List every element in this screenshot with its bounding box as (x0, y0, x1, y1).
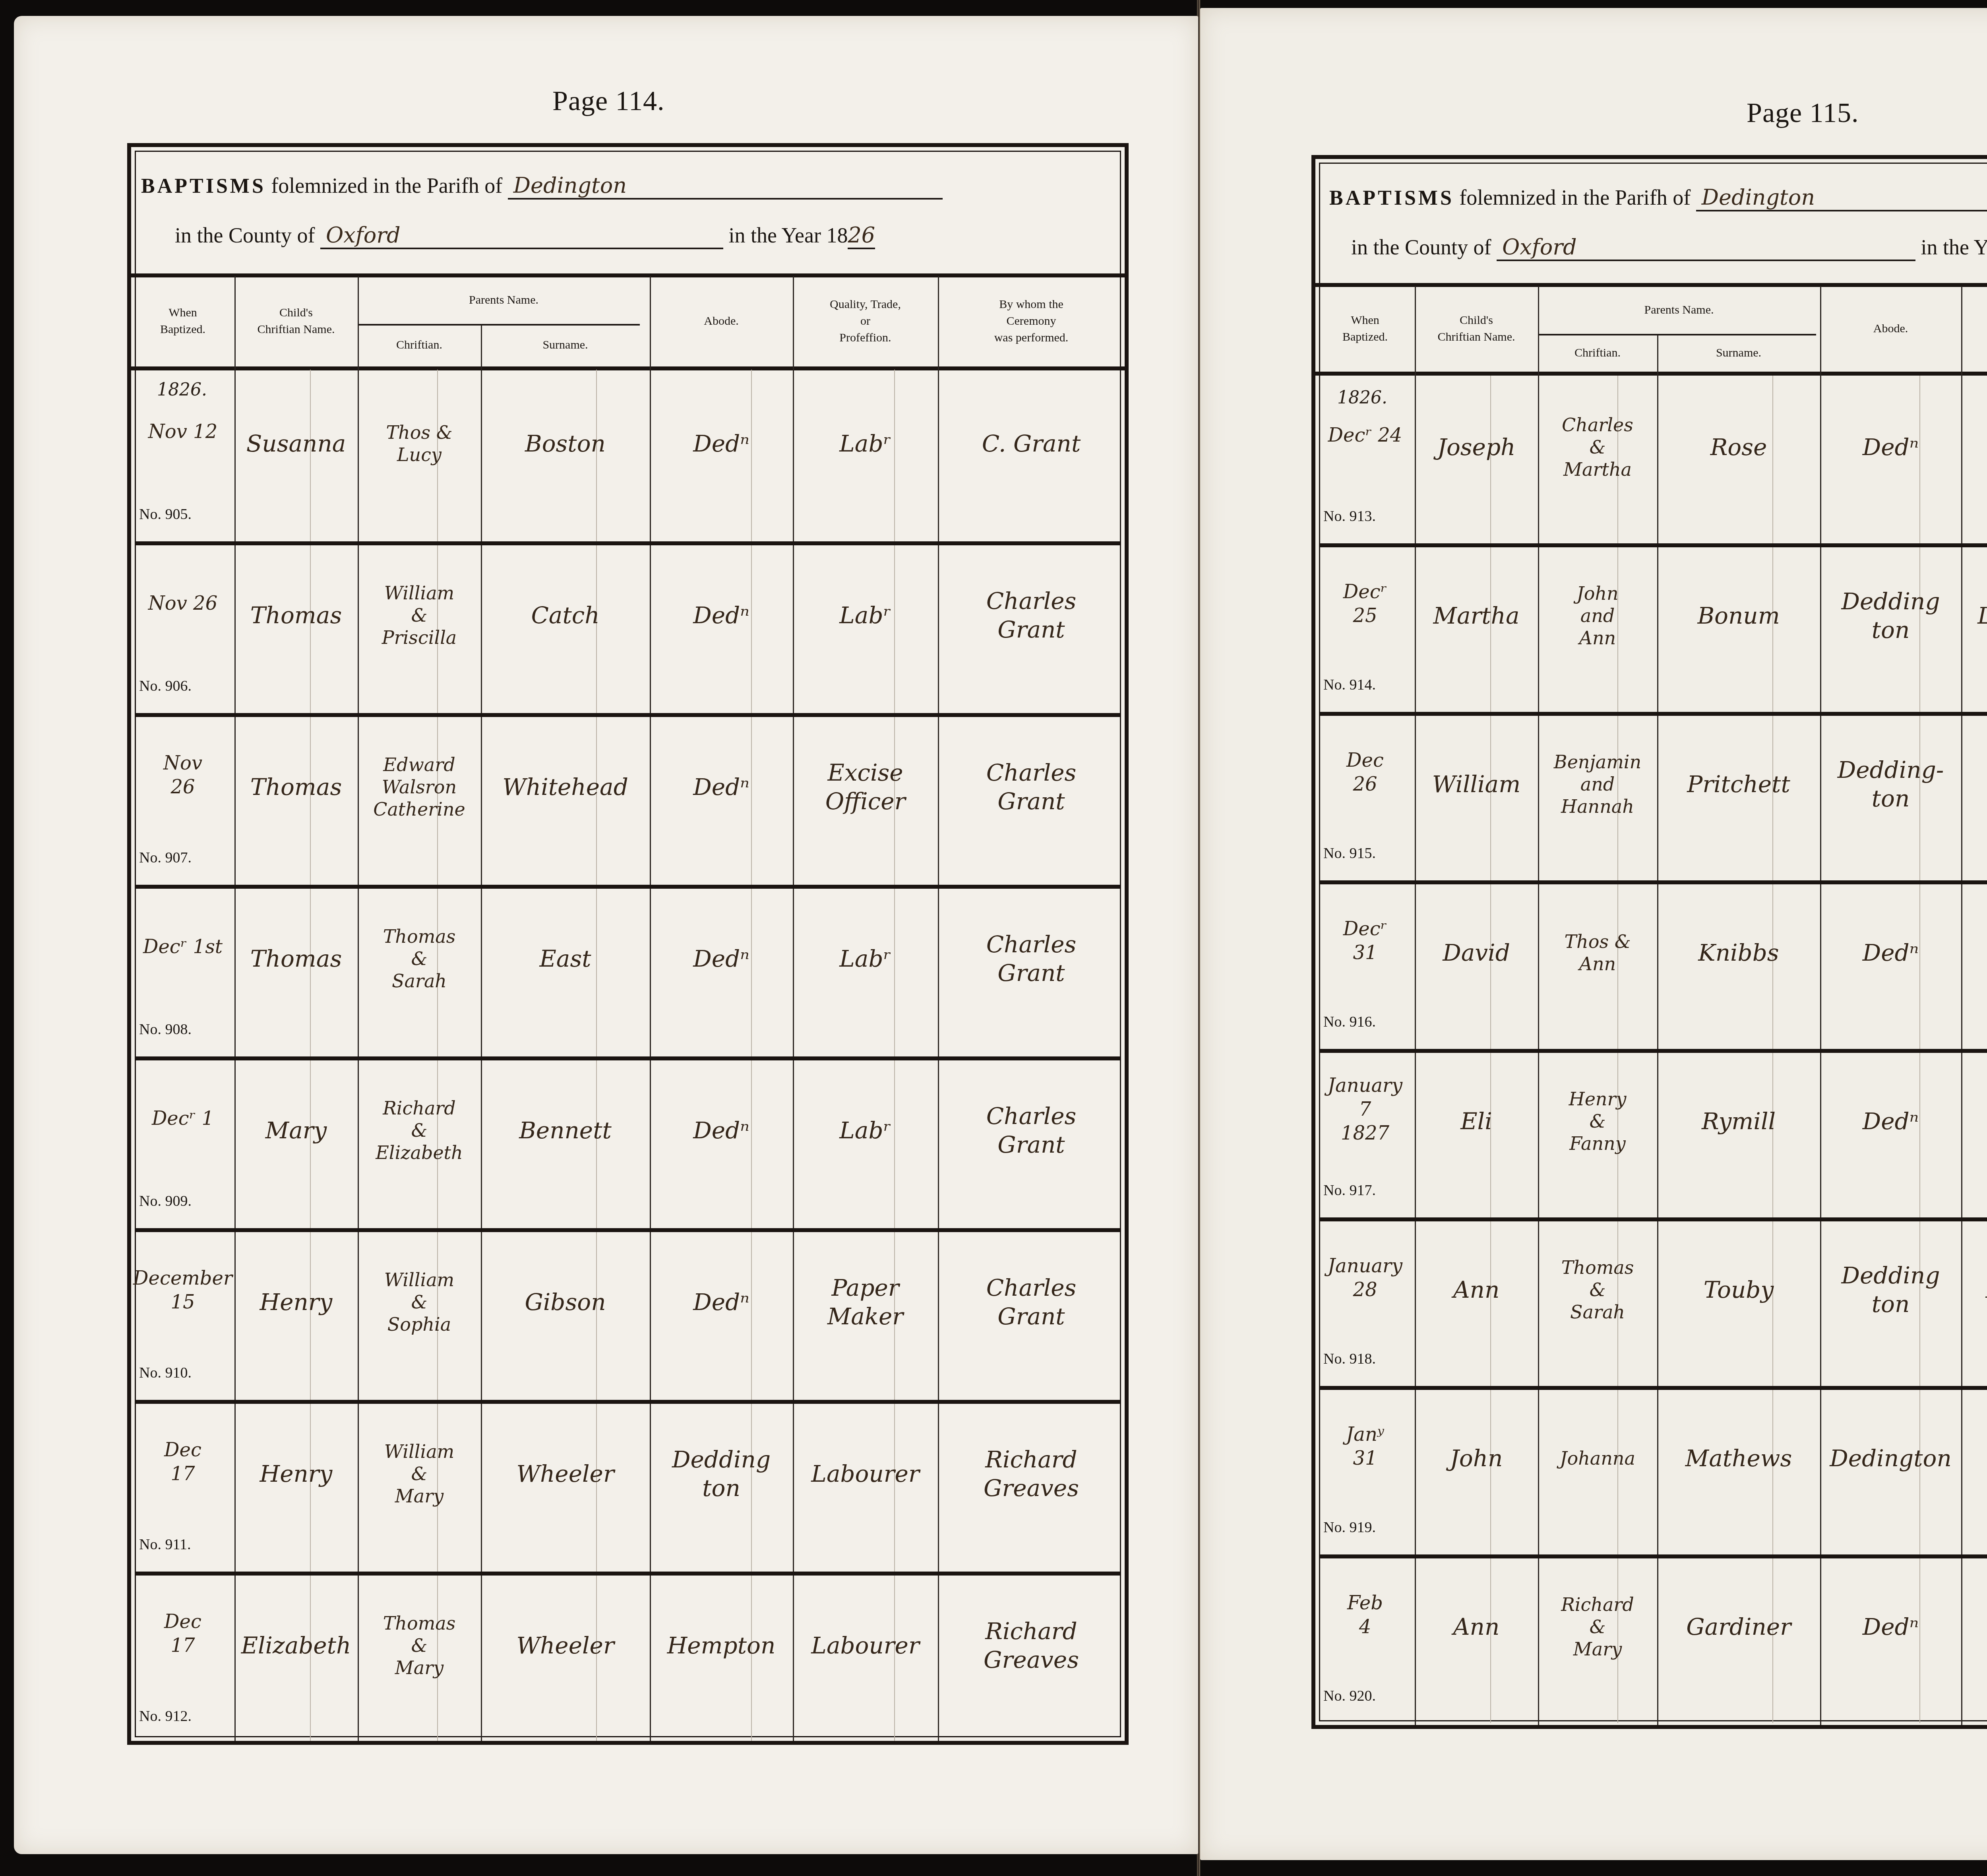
left-title-solemnized: folemnized in the Parifh of (271, 174, 502, 198)
entry-by-whom: Richard Greaves (940, 1406, 1122, 1542)
entry-abode: Dedⁿ (1822, 886, 1959, 1019)
entry-number: No. 908. (139, 1021, 192, 1038)
entry-child: Henry (237, 1234, 355, 1370)
entry-by-whom: C. Grant (940, 376, 1122, 512)
left-county-field: Oxford (320, 223, 723, 249)
right-parents-rule (1538, 334, 1816, 335)
entry-when: December 15 (134, 1222, 232, 1358)
entry-child: Thomas (237, 891, 355, 1027)
right-title-line-2: in the County of Oxford in the Year 1827 (1351, 234, 1987, 261)
entry-number: No. 918. (1323, 1350, 1376, 1368)
entry-when: Dec 17 (134, 1394, 232, 1530)
right-col-header-when: When Baptized. (1315, 287, 1415, 370)
entry-number: No. 913. (1323, 508, 1376, 525)
left-header-bottom-rule (131, 366, 1125, 370)
entry-abode: Dedⁿ (652, 376, 790, 512)
entry-number: No. 914. (1323, 676, 1376, 694)
row-separator (135, 713, 1121, 717)
entry-quality: Labʳ (1964, 381, 1987, 514)
row-separator (1319, 1386, 1987, 1390)
entry-abode: Hempton (652, 1578, 790, 1713)
entry-number: No. 910. (139, 1364, 192, 1382)
entry-christian: Johanna (1540, 1392, 1655, 1525)
left-county-label: in the County of (175, 223, 315, 247)
right-col-header-parents-christian: Chriftian. (1538, 336, 1657, 370)
row-separator (135, 1056, 1121, 1060)
right-title-solemnized: folemnized in the Parifh of (1459, 186, 1691, 209)
entry-abode: Dedding ton (1822, 1223, 1959, 1356)
entry-by-whom: Charles Grant (940, 547, 1122, 683)
left-col-header-by-whom: By whom the Ceremony was performed. (938, 278, 1125, 364)
left-header-top-rule (131, 273, 1125, 277)
entry-abode: Dedⁿ (652, 891, 790, 1027)
row-separator (135, 541, 1121, 545)
entry-abode: Dedⁿ (1822, 1560, 1959, 1693)
entry-quality: Labʳ (795, 376, 935, 512)
entry-abode: Dedⁿ (652, 719, 790, 855)
right-county-label: in the County of (1351, 235, 1491, 259)
entry-number: No. 906. (139, 677, 192, 695)
entry-when: January 7 1827 (1318, 1043, 1412, 1176)
left-col-header-quality: Quality, Trade, or Profeffion. (793, 278, 938, 364)
entry-christian: Benjamin and Hannah (1540, 718, 1655, 851)
entry-surname: Bonum (1660, 549, 1818, 682)
entry-number: No. 912. (139, 1707, 192, 1725)
entry-when: Decʳ 1st (134, 879, 232, 1015)
entry-quality: Labʳ (795, 891, 935, 1027)
left-title-line-2: in the County of Oxford in the Year 1826 (175, 223, 875, 249)
entry-when: Feb 4 (1318, 1548, 1412, 1681)
entry-when: Nov 26 (134, 535, 232, 671)
entry-when: Decʳ 1 (134, 1050, 232, 1186)
entry-number: No. 905. (139, 506, 192, 523)
entry-number: No. 920. (1323, 1687, 1376, 1705)
entry-surname: Wheeler (483, 1406, 647, 1542)
entry-surname: Touby (1660, 1223, 1818, 1356)
left-col-divider (793, 276, 794, 1741)
entry-child: Ann (1417, 1223, 1536, 1356)
entry-surname: Gardiner (1660, 1560, 1818, 1693)
entry-christian: William & Mary (360, 1406, 478, 1542)
entry-abode: Dedⁿ (652, 547, 790, 683)
left-title-line-1: BAPTISMS folemnized in the Parifh of Ded… (141, 173, 943, 200)
row-separator (1319, 1049, 1987, 1053)
entry-child: Martha (1417, 549, 1536, 682)
left-col-divider (358, 276, 359, 1741)
entry-by-whom: Charles Grant (940, 719, 1122, 855)
left-col-header-parents-surname: Surname. (481, 326, 650, 364)
entry-child: Henry (237, 1406, 355, 1542)
entry-christian: Thos & Ann (1540, 886, 1655, 1019)
entry-quality: Weaver (1964, 886, 1987, 1019)
entry-when: Nov 26 (134, 707, 232, 843)
entry-surname: East (483, 891, 647, 1027)
right-col-header-parents: Parents Name. (1538, 287, 1820, 333)
entry-abode: Dedⁿ (652, 1234, 790, 1370)
entry-abode: Dedⁿ (1822, 381, 1959, 514)
entry-surname: Rose (1660, 381, 1818, 514)
row-separator (135, 885, 1121, 889)
entry-quality: Hawker (1964, 1223, 1987, 1356)
entry-by-whom: Richard Greaves (940, 1578, 1122, 1713)
entry-child: Ann (1417, 1560, 1536, 1693)
entry-quality: Excise Officer (795, 719, 935, 855)
entry-abode: Dedⁿ (652, 1062, 790, 1198)
entry-abode: Dedⁿ (1822, 1055, 1959, 1188)
right-col-header-parents-surname: Surname. (1657, 336, 1820, 370)
entry-christian: Thomas & Mary (360, 1578, 478, 1713)
entry-child: Joseph (1417, 381, 1536, 514)
entry-christian: John and Ann (1540, 549, 1655, 682)
entry-surname: Bennett (483, 1062, 647, 1198)
entry-quality: Labʳ (795, 1062, 935, 1198)
right-year-label: in the Year 18 (1921, 235, 1987, 259)
right-title-line-1: BAPTISMS folemnized in the Parifh of Ded… (1329, 185, 1987, 211)
row-separator (1319, 880, 1987, 884)
right-col-divider (1415, 286, 1416, 1725)
left-year-field: 26 (848, 223, 875, 249)
entry-surname: Catch (483, 547, 647, 683)
entry-quality: Labourer (795, 1578, 935, 1713)
right-col-header-abode: Abode. (1820, 287, 1961, 370)
entry-christian: Richard & Elizabeth (360, 1062, 478, 1198)
entry-number: No. 909. (139, 1192, 192, 1210)
entry-surname: Knibbs (1660, 886, 1818, 1019)
entry-christian: William & Priscilla (360, 547, 478, 683)
entry-quality: Labʳ (1964, 1560, 1987, 1693)
row-separator (1319, 1217, 1987, 1221)
left-col-divider (234, 276, 236, 1741)
entry-number: No. 915. (1323, 845, 1376, 862)
entry-child: Elizabeth (237, 1578, 355, 1713)
entry-surname: Wheeler (483, 1578, 647, 1713)
row-separator (135, 1572, 1121, 1576)
entry-child: Mary (237, 1062, 355, 1198)
row-separator (135, 1400, 1121, 1404)
entry-by-whom: Charles Grant (940, 1234, 1122, 1370)
entry-surname: Mathews (1660, 1392, 1818, 1525)
right-col-header-quality: Quality, Trade, or Profeffion. (1961, 287, 1987, 370)
entry-when: January 28 (1318, 1211, 1412, 1344)
entry-when: Nov 12 (134, 364, 232, 500)
left-col-header-parents-christian: Chriftian. (358, 326, 481, 364)
right-col-header-child: Child's Chriftian Name. (1415, 287, 1538, 370)
entry-when: Decʳ 24 (1318, 369, 1412, 502)
entry-by-whom: Charles Grant (940, 1062, 1122, 1198)
entry-child: William (1417, 718, 1536, 851)
entry-abode: Dedington (1822, 1392, 1959, 1525)
entry-surname: Gibson (483, 1234, 647, 1370)
entry-quality: Labourer (795, 1406, 935, 1542)
entry-quality: Tailor (1964, 1055, 1987, 1188)
left-col-header-child: Child's Chriftian Name. (234, 278, 358, 364)
right-col-divider (1820, 286, 1821, 1725)
entry-number: No. 907. (139, 849, 192, 866)
left-col-divider (481, 325, 482, 1741)
entry-surname: Rymill (1660, 1055, 1818, 1188)
left-parish-field: Dedington (508, 173, 943, 200)
entry-christian: Edward Walsron Catherine (360, 719, 478, 855)
right-col-divider (1538, 286, 1539, 1725)
entry-number: No. 917. (1323, 1182, 1376, 1199)
left-title-baptisms: BAPTISMS (141, 175, 266, 198)
entry-when: Janʸ 31 (1318, 1380, 1412, 1513)
entry-quality: Paper Maker (795, 1234, 935, 1370)
entry-number: No. 916. (1323, 1013, 1376, 1031)
entry-abode: Dedding- ton (1822, 718, 1959, 851)
entry-surname: Pritchett (1660, 718, 1818, 851)
entry-child: John (1417, 1392, 1536, 1525)
left-parents-rule (358, 324, 640, 326)
right-title-baptisms: BAPTISMS (1329, 187, 1454, 209)
left-col-header-parents: Parents Name. (358, 278, 650, 322)
left-col-header-when: When Baptized. (131, 278, 234, 364)
entry-christian: Thomas & Sarah (1540, 1223, 1655, 1356)
entry-child: Susanna (237, 376, 355, 512)
entry-child: Thomas (237, 719, 355, 855)
entry-abode: Dedding ton (652, 1406, 790, 1542)
row-separator (1319, 1554, 1987, 1558)
entry-abode: Dedding ton (1822, 549, 1959, 682)
row-separator (1319, 543, 1987, 547)
right-county-field: Oxford (1497, 234, 1915, 261)
entry-surname: Whitehead (483, 719, 647, 855)
entry-child: David (1417, 886, 1536, 1019)
right-header-bottom-rule (1315, 372, 1987, 376)
right-col-divider (1961, 286, 1962, 1725)
entry-when: Dec 26 (1318, 706, 1412, 839)
right-page-number: Page 115. (1747, 97, 1859, 129)
entry-quality: Labʳ (795, 547, 935, 683)
entry-when: Dec 17 (134, 1566, 232, 1702)
right-header-top-rule (1315, 283, 1987, 287)
entry-quality: Single Woman (1964, 1392, 1987, 1525)
left-page-number: Page 114. (552, 85, 664, 117)
entry-surname: Boston (483, 376, 647, 512)
entry-when: Decʳ 25 (1318, 537, 1412, 670)
entry-christian: Thos & Lucy (360, 376, 478, 512)
left-year-label: in the Year 18 (728, 223, 848, 247)
entry-number: No. 919. (1323, 1519, 1376, 1536)
entry-when: Decʳ 31 (1318, 874, 1412, 1007)
row-separator (1319, 712, 1987, 716)
left-col-divider (938, 276, 939, 1741)
right-parish-field: Dedington (1696, 185, 1987, 211)
entry-child: Eli (1417, 1055, 1536, 1188)
left-col-divider (650, 276, 651, 1741)
entry-by-whom: Charles Grant (940, 891, 1122, 1027)
entry-christian: William & Sophia (360, 1234, 478, 1370)
row-separator (135, 1228, 1121, 1232)
left-col-header-abode: Abode. (650, 278, 793, 364)
entry-quality: Farmer and Baker (1964, 718, 1987, 851)
entry-number: No. 911. (139, 1536, 191, 1553)
entry-christian: Charles & Martha (1540, 381, 1655, 514)
entry-quality: Labourer (1964, 549, 1987, 682)
entry-christian: Richard & Mary (1540, 1560, 1655, 1693)
entry-christian: Henry & Fanny (1540, 1055, 1655, 1188)
entry-christian: Thomas & Sarah (360, 891, 478, 1027)
entry-child: Thomas (237, 547, 355, 683)
